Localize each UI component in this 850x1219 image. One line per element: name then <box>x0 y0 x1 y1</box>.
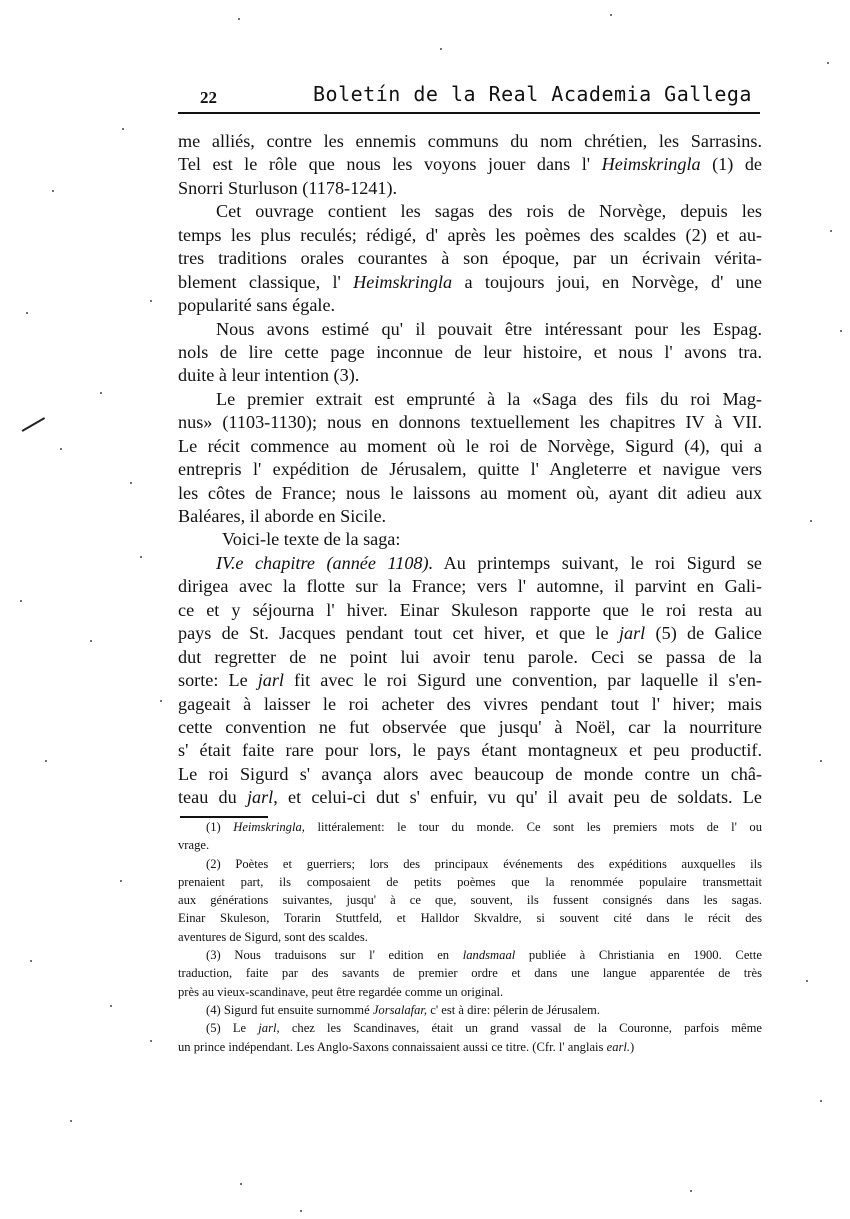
footnote-line: (5) Le jarl, chez les Scandinaves, était… <box>178 1019 762 1037</box>
text-line-text: (1) de <box>701 154 762 174</box>
text-line: Le premier extrait est emprunté à la «Sa… <box>178 388 762 411</box>
footnote-line: aventures de Sigurd, sont des scaldes. <box>178 928 762 946</box>
text-line: Le récit commence au moment où le roi de… <box>178 435 762 458</box>
text-line: s' était faite rare pour lors, le pays é… <box>178 739 762 762</box>
footnote-line-text: (3) Nous traduisons sur l' edition en <box>206 948 463 962</box>
scan-speck <box>140 556 142 558</box>
italic-term: jarl <box>247 787 273 807</box>
text-line-text: temps les plus reculés; rédigé, d' après… <box>178 225 762 245</box>
text-line: Le roi Sigurd s' avança alors avec beauc… <box>178 763 762 786</box>
footnote-line: (4) Sigurd fut ensuite surnommé Jorsalaf… <box>178 1001 762 1019</box>
footnote-line-text: publiée à Christiania en 1900. Cette <box>515 948 762 962</box>
footnote-line: (3) Nous traduisons sur l' edition en la… <box>178 946 762 964</box>
text-line-text: tres traditions orales courantes à son é… <box>178 248 762 268</box>
text-line-text: Nous avons estimé qu' il pouvait être in… <box>216 319 762 339</box>
italic-term: landsmaal <box>463 948 515 962</box>
scan-speck <box>150 300 152 302</box>
scan-speck <box>810 520 812 522</box>
text-line: temps les plus reculés; rédigé, d' après… <box>178 224 762 247</box>
text-line: Snorri Sturluson (1178-1241). <box>178 177 762 200</box>
text-line-text: Snorri Sturluson (1178-1241). <box>178 178 397 198</box>
text-line: Voici-le texte de la saga: <box>178 528 762 551</box>
footnote-line: (1) Heimskringla, littéralement: le tour… <box>178 818 762 836</box>
text-line-text: Le roi Sigurd s' avança alors avec beauc… <box>178 764 762 784</box>
footnote-line-text: aux générations suivantes, jusqu' à ce q… <box>178 893 762 907</box>
text-line-text: ce et y séjourna l' hiver. Einar Skuleso… <box>178 600 762 620</box>
scan-speck <box>100 392 102 394</box>
scan-speck <box>90 640 92 642</box>
text-line-text: Le récit commence au moment où le roi de… <box>178 436 762 456</box>
footnote-line-text: traduction, faite par des savants de pre… <box>178 966 762 980</box>
text-line: dut regretter de ne point lui avoir tenu… <box>178 646 762 669</box>
text-line: duite à leur intention (3). <box>178 364 762 387</box>
text-line-text: teau du <box>178 787 247 807</box>
text-line-text: Tel est le rôle que nous les voyons joue… <box>178 154 602 174</box>
scan-speck <box>120 880 122 882</box>
text-line: Baléares, il aborde en Sicile. <box>178 505 762 528</box>
text-line-text: popularité sans égale. <box>178 295 335 315</box>
italic-term: Heimskringla <box>353 272 452 292</box>
scan-speck <box>690 1190 692 1192</box>
margin-pen-mark <box>22 417 45 431</box>
text-line: blement classique, l' Heimskringla a tou… <box>178 271 762 294</box>
scan-speck <box>440 48 442 50</box>
text-line: me alliés, contre les ennemis communs du… <box>178 130 762 153</box>
scan-speck <box>160 700 162 702</box>
footnote-line-text: aventures de Sigurd, sont des scaldes. <box>178 930 368 944</box>
italic-term: earl. <box>607 1040 630 1054</box>
text-line: IV.e chapitre (année 1108). Au printemps… <box>178 552 762 575</box>
header-rule <box>178 112 760 114</box>
footnote-line: (2) Poètes et guerriers; lors des princi… <box>178 855 762 873</box>
text-line-text: sorte: Le <box>178 670 258 690</box>
italic-term: jarl <box>619 623 645 643</box>
text-line-text: entrepris l' expédition de Jérusalem, qu… <box>178 459 762 479</box>
scan-speck <box>30 960 32 962</box>
text-line: Cet ouvrage contient les sagas des rois … <box>178 200 762 223</box>
footnote-line-text: chez les Scandinaves, était un grand vas… <box>280 1021 762 1035</box>
text-line: popularité sans égale. <box>178 294 762 317</box>
scan-speck <box>820 760 822 762</box>
scan-speck <box>840 330 842 332</box>
text-line: entrepris l' expédition de Jérusalem, qu… <box>178 458 762 481</box>
scan-speck <box>610 14 612 16</box>
text-line-text: Baléares, il aborde en Sicile. <box>178 506 386 526</box>
scan-speck <box>26 312 28 314</box>
italic-term: Heimskringla, <box>233 820 305 834</box>
scan-speck <box>60 448 62 450</box>
footnote-line-text: littéralement: le tour du monde. Ce sont… <box>305 820 762 834</box>
text-line: nus» (1103-1130); nous en donnons textue… <box>178 411 762 434</box>
text-line: teau du jarl, et celui-ci dut s' enfuir,… <box>178 786 762 809</box>
text-line: les côtes de France; nous le laissons au… <box>178 482 762 505</box>
text-line-text: s' était faite rare pour lors, le pays é… <box>178 740 762 760</box>
text-line-text: Au printemps suivant, le roi Sigurd se <box>433 553 762 573</box>
footnote-line-text: vrage. <box>178 838 209 852</box>
scan-speck <box>150 1040 152 1042</box>
scan-speck <box>52 190 54 192</box>
scan-speck <box>240 1183 242 1185</box>
footnote-line: près au vieux-scandinave, peut être rega… <box>178 983 762 1001</box>
text-line: nols de lire cette page inconnue de leur… <box>178 341 762 364</box>
italic-term: jarl, <box>258 1021 279 1035</box>
footnote-line-text: un prince indépendant. Les Anglo-Saxons … <box>178 1040 607 1054</box>
scan-speck <box>110 1005 112 1007</box>
text-line: Tel est le rôle que nous les voyons joue… <box>178 153 762 176</box>
text-line-text: me alliés, contre les ennemis communs du… <box>178 131 762 151</box>
italic-term: Heimskringla <box>602 154 701 174</box>
text-line: dirigea avec la flotte sur la France; ve… <box>178 575 762 598</box>
text-line: ce et y séjourna l' hiver. Einar Skuleso… <box>178 599 762 622</box>
scan-speck <box>300 1210 302 1212</box>
footnote-line-text: (2) Poètes et guerriers; lors des princi… <box>206 857 762 871</box>
text-line-text: cette convention ne fut observée que jus… <box>178 717 762 737</box>
scan-speck <box>238 18 240 20</box>
text-line-text: Le premier extrait est emprunté à la «Sa… <box>216 389 762 409</box>
text-line-text: duite à leur intention (3). <box>178 365 359 385</box>
footnote-line-text: (5) Le <box>206 1021 258 1035</box>
page-number: 22 <box>200 88 217 108</box>
footnote-line: Einar Skuleson, Torarin Stuttfeld, et Ha… <box>178 909 762 927</box>
footnote-line: prenaient part, ils composaient de petit… <box>178 873 762 891</box>
italic-term: Jorsalafar, <box>373 1003 427 1017</box>
scanned-page: 22 Boletín de la Real Academia Gallega m… <box>0 0 850 1219</box>
italic-term: jarl <box>258 670 284 690</box>
text-line-text: Voici-le texte de la saga: <box>222 529 400 549</box>
main-text: me alliés, contre les ennemis communs du… <box>178 130 762 810</box>
scan-speck <box>20 600 22 602</box>
text-line: cette convention ne fut observée que jus… <box>178 716 762 739</box>
footnote-line-text: (4) Sigurd fut ensuite surnommé <box>206 1003 373 1017</box>
scan-speck <box>70 1120 72 1122</box>
footnote-line-text: près au vieux-scandinave, peut être rega… <box>178 985 503 999</box>
text-line: gageait à laisser le roi acheter des viv… <box>178 693 762 716</box>
footnote-line: traduction, faite par des savants de pre… <box>178 964 762 982</box>
footnote-line-text: c' est à dire: pélerin de Jérusalem. <box>427 1003 600 1017</box>
text-line-text: a toujours joui, en Norvège, d' une <box>452 272 762 292</box>
text-line-text: nus» (1103-1130); nous en donnons textue… <box>178 412 762 432</box>
footnote-line: vrage. <box>178 836 762 854</box>
text-line-text: gageait à laisser le roi acheter des viv… <box>178 694 762 714</box>
journal-title: Boletín de la Real Academia Gallega <box>313 82 752 106</box>
scan-speck <box>806 980 808 982</box>
text-line-text: les côtes de France; nous le laissons au… <box>178 483 762 503</box>
italic-term: IV.e chapitre (année 1108). <box>216 553 433 573</box>
running-header: 22 Boletín de la Real Academia Gallega <box>178 82 762 110</box>
text-line-text: pays de St. Jacques pendant tout cet hiv… <box>178 623 619 643</box>
text-line: Nous avons estimé qu' il pouvait être in… <box>178 318 762 341</box>
scan-speck <box>820 1100 822 1102</box>
scan-speck <box>130 482 132 484</box>
footnote-line-text: prenaient part, ils composaient de petit… <box>178 875 762 889</box>
text-line-text: (5) de Galice <box>645 623 762 643</box>
text-line-text: dut regretter de ne point lui avoir tenu… <box>178 647 762 667</box>
text-line-text: , et celui-ci dut s' enfuir, vu qu' il a… <box>273 787 762 807</box>
text-line-text: dirigea avec la flotte sur la France; ve… <box>178 576 762 596</box>
footnote-line-text: (1) <box>206 820 233 834</box>
text-line-text: Cet ouvrage contient les sagas des rois … <box>216 201 762 221</box>
scan-speck <box>122 128 124 130</box>
text-line-text: blement classique, l' <box>178 272 353 292</box>
text-line: pays de St. Jacques pendant tout cet hiv… <box>178 622 762 645</box>
scan-speck <box>827 62 829 64</box>
scan-speck <box>830 230 832 232</box>
text-line: tres traditions orales courantes à son é… <box>178 247 762 270</box>
text-line-text: nols de lire cette page inconnue de leur… <box>178 342 762 362</box>
footnote-line-text: ) <box>630 1040 634 1054</box>
footnote-line: un prince indépendant. Les Anglo-Saxons … <box>178 1038 762 1056</box>
scan-speck <box>45 760 47 762</box>
footnotes: (1) Heimskringla, littéralement: le tour… <box>178 818 762 1056</box>
text-line-text: fit avec le roi Sigurd une convention, p… <box>284 670 762 690</box>
footnote-line-text: Einar Skuleson, Torarin Stuttfeld, et Ha… <box>178 911 762 925</box>
footnote-line: aux générations suivantes, jusqu' à ce q… <box>178 891 762 909</box>
text-line: sorte: Le jarl fit avec le roi Sigurd un… <box>178 669 762 692</box>
